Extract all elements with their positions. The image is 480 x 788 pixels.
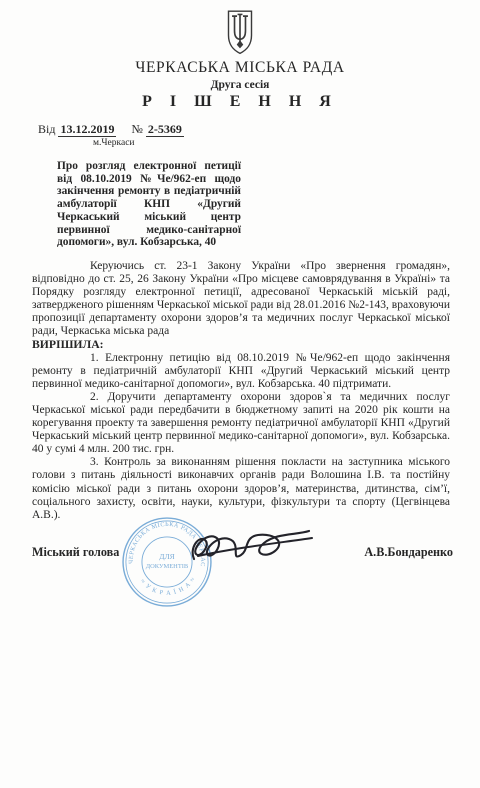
stamp-center-line2: ДОКУМЕНТІВ: [146, 563, 188, 570]
organization-name: ЧЕРКАСЬКА МІСЬКА РАДА: [0, 59, 480, 77]
stamp-bottom-arc-text: ≈ У К Р А Ї Н А ≈: [139, 575, 197, 596]
subject-paragraph: Про розгляд електронної петиції від 08.1…: [57, 160, 241, 249]
document-number: 2-5369: [146, 122, 184, 137]
handwritten-signature: [186, 526, 314, 568]
resolution-item-1: 1. Електронну петицію від 08.10.2019 №Че…: [32, 352, 450, 391]
resolution-items: 1. Електронну петицію від 08.10.2019 №Че…: [0, 352, 480, 522]
document-type-title: Р І Ш Е Н Н Я: [0, 93, 480, 111]
signer-title: Міський голова: [32, 545, 119, 560]
signer-name: А.В.Бондаренко: [364, 545, 453, 560]
resolution-item-3: 3. Контроль за виконанням рішення поклас…: [32, 456, 450, 521]
city-label: м.Черкаси: [93, 138, 480, 148]
signature-block: ЧЕРКАСЬКА МІСЬКА РАДА ЧЕРКАСЬКОЇ ОБЛ. ≈ …: [0, 522, 480, 672]
resolved-label: ВИРІШИЛА:: [32, 338, 480, 351]
preamble-paragraph: Керуючись ст. 23-1 Закону України «Про з…: [32, 260, 450, 339]
scanned-decision-document: ЧЕРКАСЬКА МІСЬКА РАДА Друга сесія Р І Ш …: [0, 0, 480, 788]
resolution-item-2: 2. Доручити департаменту охорони здоров`…: [32, 391, 450, 456]
session-label: Друга сесія: [0, 79, 480, 91]
ukraine-trident-icon: [223, 9, 257, 55]
svg-text:≈ У К Р А Ї Н А ≈: ≈ У К Р А Ї Н А ≈: [139, 575, 197, 596]
from-label: Від: [38, 122, 55, 136]
document-header: ЧЕРКАСЬКА МІСЬКА РАДА Друга сесія Р І Ш …: [0, 0, 480, 111]
document-date: 13.12.2019: [58, 122, 116, 137]
number-sign: №: [131, 122, 142, 136]
meta-line: Від 13.12.2019 № 2-5369: [38, 122, 480, 137]
